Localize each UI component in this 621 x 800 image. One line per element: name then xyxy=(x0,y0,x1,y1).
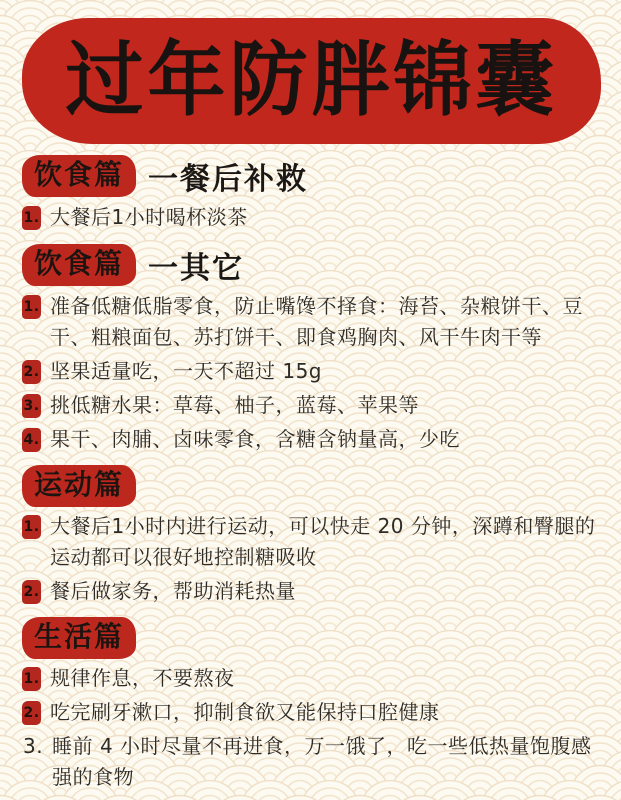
section-header: 饮食篇 一其它 xyxy=(22,243,601,287)
item-text: 餐后做家务，帮助消耗热量 xyxy=(50,576,601,607)
section-header: 饮食篇 一餐后补救 xyxy=(22,154,601,198)
item-text: 吃完刷牙漱口，抑制食欲又能保持口腔健康 xyxy=(50,697,601,728)
title-banner: 过年防胖锦囊 xyxy=(22,18,601,144)
item-number-badge: 2. xyxy=(22,701,41,725)
section-badge: 生活篇 xyxy=(22,617,136,659)
section-badge: 运动篇 xyxy=(22,465,136,507)
item-text: 睡前 4 小时尽量不再进食，万一饿了，吃一些低热量饱腹感强的食物 xyxy=(52,731,601,793)
item-text: 规律作息，不要熬夜 xyxy=(50,663,601,694)
list-item: 2. 坚果适量吃，一天不超过 15g xyxy=(22,356,601,387)
section-diet-other: 饮食篇 一其它 1. 准备低糖低脂零食，防止嘴馋不择食：海苔、杂粮饼干、豆干、粗… xyxy=(22,243,601,455)
list-item: 2. 吃完刷牙漱口，抑制食欲又能保持口腔健康 xyxy=(22,697,601,728)
section-lifestyle: 生活篇 1. 规律作息，不要熬夜 2. 吃完刷牙漱口，抑制食欲又能保持口腔健康 … xyxy=(22,617,601,793)
item-text: 挑低糖水果：草莓、柚子，蓝莓、苹果等 xyxy=(50,390,601,421)
section-header: 生活篇 xyxy=(22,617,601,659)
item-number-badge: 2. xyxy=(22,360,41,384)
list-item: 3. 睡前 4 小时尽量不再进食，万一饿了，吃一些低热量饱腹感强的食物 xyxy=(22,731,601,793)
list-item: 2. 餐后做家务，帮助消耗热量 xyxy=(22,576,601,607)
item-number-badge: 2. xyxy=(22,580,41,604)
poster-title: 过年防胖锦囊 xyxy=(65,40,557,121)
section-badge: 饮食篇 xyxy=(22,244,136,286)
section-exercise: 运动篇 1. 大餐后1小时内进行运动，可以快走 20 分钟，深蹲和臀腿的运动都可… xyxy=(22,465,601,607)
list-item: 1. 大餐后1小时内进行运动，可以快走 20 分钟，深蹲和臀腿的运动都可以很好地… xyxy=(22,511,601,573)
list-item: 1. 准备低糖低脂零食，防止嘴馋不择食：海苔、杂粮饼干、豆干、粗粮面包、苏打饼干… xyxy=(22,291,601,353)
item-number-badge: 1. xyxy=(22,515,41,539)
section-header: 运动篇 xyxy=(22,465,601,507)
list-item: 3. 挑低糖水果：草莓、柚子，蓝莓、苹果等 xyxy=(22,390,601,421)
item-text: 大餐后1小时内进行运动，可以快走 20 分钟，深蹲和臀腿的运动都可以很好地控制糖… xyxy=(50,511,601,573)
item-text: 大餐后1小时喝杯淡茶 xyxy=(50,202,601,233)
item-number-badge: 1. xyxy=(22,667,41,691)
item-text: 准备低糖低脂零食，防止嘴馋不择食：海苔、杂粮饼干、豆干、粗粮面包、苏打饼干、即食… xyxy=(50,291,601,353)
section-badge: 饮食篇 xyxy=(22,155,136,197)
section-title-suffix: 一餐后补救 xyxy=(148,154,308,198)
section-title-suffix: 一其它 xyxy=(148,243,244,287)
item-number-badge: 3. xyxy=(22,394,41,418)
list-item: 1. 规律作息，不要熬夜 xyxy=(22,663,601,694)
item-number-badge: 1. xyxy=(22,295,41,319)
list-item: 4. 果干、肉脯、卤味零食，含糖含钠量高，少吃 xyxy=(22,424,601,455)
poster: 过年防胖锦囊 饮食篇 一餐后补救 1. 大餐后1小时喝杯淡茶 饮食篇 一其它 1… xyxy=(0,0,621,793)
item-text: 果干、肉脯、卤味零食，含糖含钠量高，少吃 xyxy=(50,424,601,455)
list-item: 1. 大餐后1小时喝杯淡茶 xyxy=(22,202,601,233)
item-number-badge: 1. xyxy=(22,206,41,230)
item-text: 坚果适量吃，一天不超过 15g xyxy=(50,356,601,387)
item-number-plain: 3. xyxy=(23,731,43,762)
item-number-badge: 4. xyxy=(22,428,41,452)
section-diet-after-meal: 饮食篇 一餐后补救 1. 大餐后1小时喝杯淡茶 xyxy=(22,154,601,233)
